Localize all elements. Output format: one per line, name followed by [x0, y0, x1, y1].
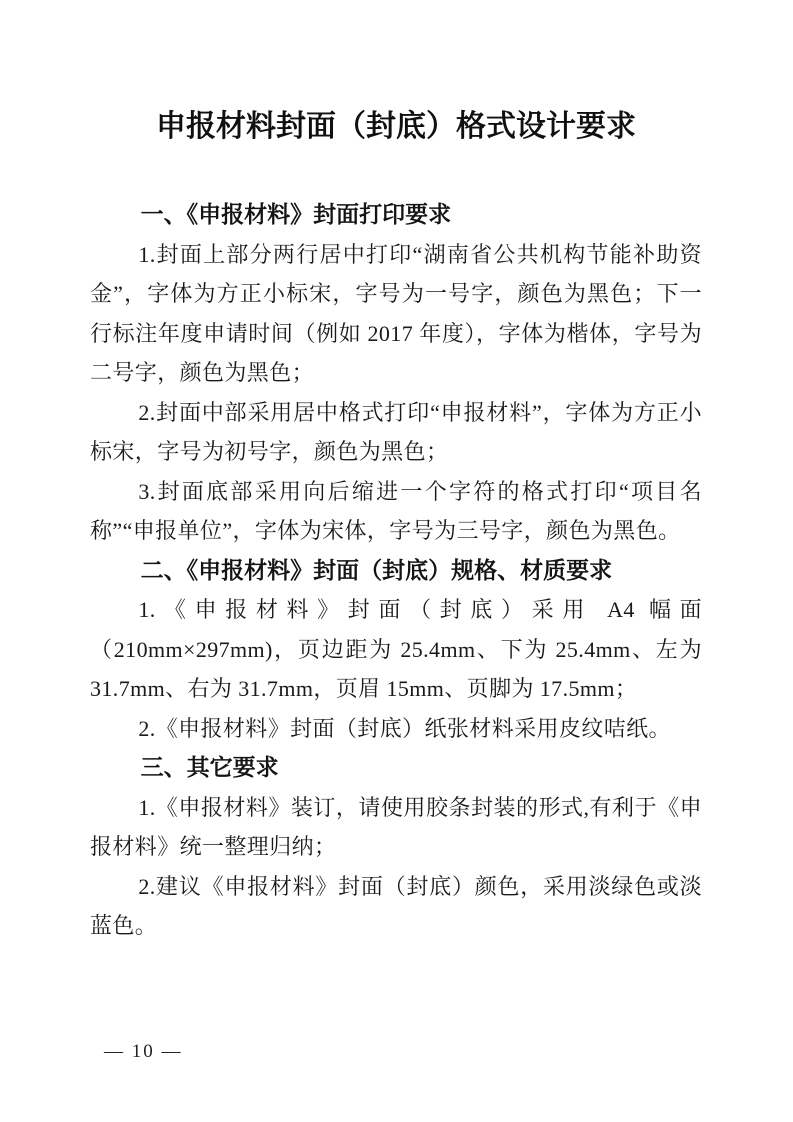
paragraph: 1.《申报材料》封面（封底）采用 A4 幅面（210mm×297mm)，页边距为…	[90, 590, 702, 709]
page-title: 申报材料封面（封底）格式设计要求	[90, 107, 702, 147]
paragraph: 3.封面底部采用向后缩进一个字符的格式打印“项目名称”“申报单位”，字体为宋体，…	[90, 472, 702, 551]
paragraph: 2.建议《申报材料》封面（封底）颜色，采用淡绿色或淡蓝色。	[90, 867, 702, 946]
page-footer: — 10 —	[104, 1040, 183, 1064]
document-page: 申报材料封面（封底）格式设计要求 一、《申报材料》封面打印要求 1.封面上部分两…	[0, 0, 793, 1122]
paragraph: 1.《申报材料》装订，请使用胶条封装的形式,有利于《申报材料》统一整理归纳；	[90, 788, 702, 867]
section-other-requirements: 三、其它要求 1.《申报材料》装订，请使用胶条封装的形式,有利于《申报材料》统一…	[90, 748, 702, 946]
section-heading: 一、《申报材料》封面打印要求	[90, 195, 702, 235]
paragraph: 2.《申报材料》封面（封底）纸张材料采用皮纹咭纸。	[90, 709, 702, 749]
paragraph: 1.封面上部分两行居中打印“湖南省公共机构节能补助资金”，字体为方正小标宋，字号…	[90, 235, 702, 393]
section-cover-print-requirements: 一、《申报材料》封面打印要求 1.封面上部分两行居中打印“湖南省公共机构节能补助…	[90, 195, 702, 551]
section-spec-material-requirements: 二、《申报材料》封面（封底）规格、材质要求 1.《申报材料》封面（封底）采用 A…	[90, 551, 702, 749]
section-heading: 三、其它要求	[90, 748, 702, 788]
section-heading: 二、《申报材料》封面（封底）规格、材质要求	[90, 551, 702, 591]
page-number: — 10 —	[104, 1041, 183, 1062]
paragraph: 2.封面中部采用居中格式打印“申报材料”，字体为方正小标宋，字号为初号字，颜色为…	[90, 393, 702, 472]
